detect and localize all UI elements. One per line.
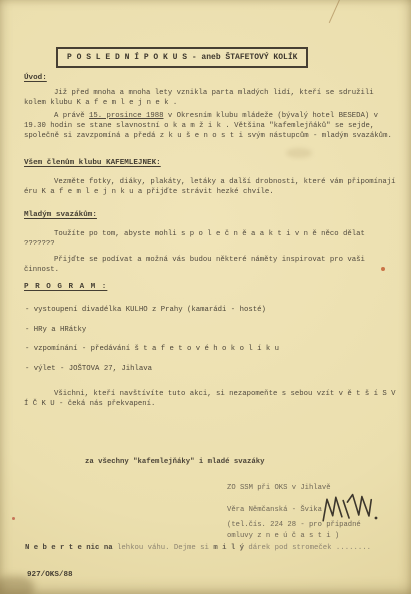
footer-appeal-line: N e b e r t e nic na lehkou váhu. Dejme …	[25, 544, 371, 552]
signature-org: ZO SSM při OKS v Jihlavě	[227, 483, 331, 494]
scanned-document-page: P O S L E D N Í P O K U S - aneb ŠTAFETO…	[0, 0, 411, 594]
program-item: - HRy a HRátky	[25, 325, 279, 335]
footer-appeal-part2: lehkou váhu. Dejme si	[117, 544, 209, 552]
paragraph-intro-1: Již před mnoha a mnoha lety vznikla part…	[24, 88, 396, 108]
program-item: - vystoupení divadélka KULHO z Prahy (ka…	[25, 305, 279, 315]
paper-stain-smudge	[286, 148, 312, 158]
section-heading-uvod: Úvod:	[24, 74, 47, 82]
paragraph-svazakum-1: Toužíte po tom, abyste mohli s p o l e č…	[24, 229, 396, 249]
section-heading-program: P R O G R A M :	[24, 283, 107, 291]
signature-tel-line1: (tel.čís. 224 28 - pro případné	[227, 520, 361, 531]
program-item: - vzpomínání - předávání š t a f e t o v…	[25, 344, 279, 354]
paragraph-intro-2: A právě 15. prosince 1988 v Okresním klu…	[24, 111, 396, 141]
footer-appeal-part1: N e b e r t e nic na	[25, 544, 117, 552]
document-title-box: P O S L E D N Í P O K U S - aneb ŠTAFETO…	[56, 47, 308, 68]
intro-2-pre: A právě	[54, 112, 89, 120]
signature-name: Věra Němčanská - Švika	[227, 505, 322, 516]
footer-appeal-part3: m i l ý	[209, 544, 248, 552]
paragraph-svazakum-2: Přijďte se podívat a možná vás budou něk…	[24, 255, 396, 275]
document-title: P O S L E D N Í P O K U S - aneb ŠTAFETO…	[67, 53, 297, 62]
paper-scratch	[329, 0, 340, 23]
signature-tel-line2: omluvy z n e ú č a s t i )	[227, 531, 339, 542]
footer-appeal-part4: dárek pod stromeček ........	[248, 544, 371, 552]
event-date: 15. prosince 1988	[89, 112, 163, 120]
program-list: - vystoupení divadélka KULHO z Prahy (ka…	[25, 305, 279, 383]
paragraph-svicka: Všichni, kteří navštívíte tuto akci, si …	[24, 389, 396, 409]
section-heading-clenum: Všem členům klubu KAFEMLEJNEK:	[24, 159, 161, 167]
program-item: - výlet - JOŠTOVA 27, Jihlava	[25, 364, 279, 374]
closing-line: za všechny "kafemlejňáky" i mladé svazák…	[85, 458, 265, 466]
reference-number: 927/OKS/88	[27, 571, 73, 579]
paper-stain-dot-left	[12, 517, 15, 520]
section-heading-svazakum: Mladým svazákům:	[24, 211, 97, 219]
paragraph-clenum: Vezměte fotky, diáky, plakáty, letáky a …	[24, 177, 396, 197]
